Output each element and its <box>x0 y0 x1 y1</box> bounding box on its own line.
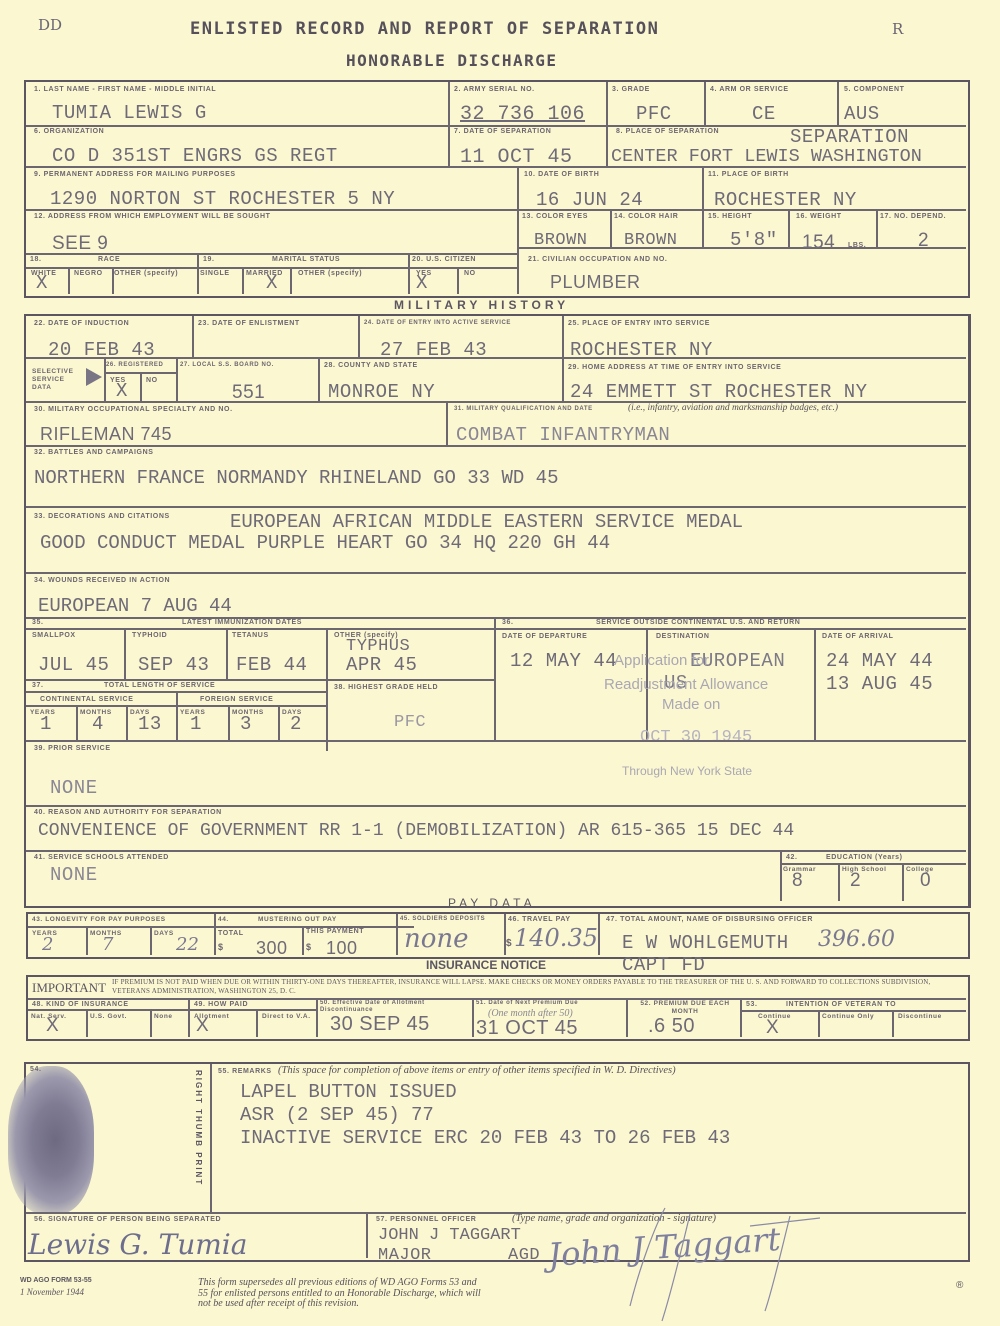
personnel-officer-grade[interactable]: MAJOR <box>378 1246 432 1265</box>
intention-mark: X <box>766 1017 779 1039</box>
citizen-label: 20. U.S. CITIZEN <box>412 256 476 263</box>
battles-label: 32. BATTLES AND CAMPAIGNS <box>34 449 154 456</box>
prior-service-label: 39. PRIOR SERVICE <box>34 745 111 752</box>
decorations-line2[interactable]: GOOD CONDUCT MEDAL PURPLE HEART GO 34 HQ… <box>40 532 610 554</box>
allotment-discontinuance-label: 50. Effective Date of Allotment Disconti… <box>320 1000 470 1014</box>
insurance-usgovt-option[interactable]: U.S. Govt. <box>90 1013 127 1020</box>
footer-corner-mark: ® <box>956 1280 963 1291</box>
insurance-kind-label: 48. KIND OF INSURANCE <box>32 1001 129 1008</box>
active-service-field[interactable]: 27 FEB 43 <box>380 339 487 361</box>
typhoid-field[interactable]: SEP 43 <box>138 654 209 676</box>
cont-days-field[interactable]: 13 <box>138 713 162 735</box>
how-paid-mark: X <box>196 1015 209 1037</box>
county-state-field[interactable]: MONROE NY <box>328 381 435 403</box>
deposits-label: 45. SOLDIERS DEPOSITS <box>400 916 485 922</box>
destination-label: DESTINATION <box>656 633 710 640</box>
education-number: 42. <box>786 854 798 861</box>
race-option-other[interactable]: OTHER (specify) <box>114 270 178 277</box>
marital-option-other[interactable]: OTHER (specify) <box>298 270 362 277</box>
birth-date-label: 10. DATE OF BIRTH <box>524 171 599 178</box>
prior-service-field[interactable]: NONE <box>50 777 98 799</box>
weight-label: 16. WEIGHT <box>796 213 842 220</box>
highschool-field[interactable]: 2 <box>850 870 861 892</box>
qualification-field[interactable]: COMBAT INFANTRYMAN <box>456 424 670 446</box>
race-option-negro[interactable]: NEGRO <box>74 270 103 277</box>
cont-months-field[interactable]: 4 <box>92 713 104 735</box>
birth-place-label: 11. PLACE OF BIRTH <box>708 171 789 178</box>
home-address-label: 29. HOME ADDRESS AT TIME OF ENTRY INTO S… <box>568 364 781 371</box>
marital-mark: X <box>266 272 278 294</box>
hair-color-field[interactable]: BROWN <box>624 231 678 250</box>
important-label: IMPORTANT <box>32 980 106 996</box>
immunization-number: 35. <box>32 619 44 626</box>
separated-signature-label: 56. SIGNATURE OF PERSON BEING SEPARATED <box>34 1216 221 1223</box>
stamp-line-3: Made on <box>662 696 720 713</box>
service-length-number: 37. <box>32 682 44 689</box>
immunization-heading: LATEST IMMUNIZATION DATES <box>182 619 302 626</box>
race-number: 18. <box>30 256 42 263</box>
next-premium-label: 51. Date of Next Premium Due <box>476 1000 578 1006</box>
next-premium-field[interactable]: 31 OCT 45 <box>476 1017 578 1040</box>
supersedes-notice: This form supersedes all previous editio… <box>198 1278 488 1310</box>
personnel-officer-label: 57. PERSONNEL OFFICER <box>376 1216 476 1223</box>
citizen-mark: X <box>416 272 428 294</box>
separation-date-label: 7. DATE OF SEPARATION <box>454 128 551 135</box>
mos-field[interactable]: RIFLEMAN 745 <box>40 424 172 445</box>
stamp-line-4: Through New York State <box>622 764 752 778</box>
travel-pay-label: 46. TRAVEL PAY <box>508 916 571 923</box>
component-label: 5. COMPONENT <box>844 86 904 93</box>
serial-field[interactable]: 32 736 106 <box>460 103 585 126</box>
highschool-label: High School <box>842 866 887 873</box>
travel-pay-field[interactable]: 140.35 <box>514 924 598 952</box>
decorations-label: 33. DECORATIONS AND CITATIONS <box>34 513 170 520</box>
overseas-heading: SERVICE OUTSIDE CONTINENTAL U.S. AND RET… <box>596 619 800 626</box>
form-code: DD <box>38 16 62 34</box>
mustering-label: MUSTERING OUT PAY <box>258 916 337 923</box>
weight-field[interactable]: 154 <box>802 232 835 254</box>
smallpox-label: SMALLPOX <box>32 632 76 639</box>
arrow-right-icon <box>86 368 102 386</box>
separation-place-line2[interactable]: CENTER FORT LEWIS WASHINGTON <box>611 146 922 167</box>
name-field[interactable]: TUMIA LEWIS G <box>52 102 207 124</box>
occupation-label: 21. CIVILIAN OCCUPATION AND NO. <box>528 256 667 263</box>
foreign-months-field[interactable]: 3 <box>240 713 252 735</box>
stamp-date: OCT 30 1945 <box>640 728 752 747</box>
insurance-heading: INSURANCE NOTICE <box>426 958 546 972</box>
wounds-label: 34. WOUNDS RECEIVED IN ACTION <box>34 577 170 584</box>
board-number-field[interactable]: 551 <box>232 382 265 404</box>
education-label: EDUCATION (Years) <box>826 854 903 861</box>
longevity-label: 43. LONGEVITY FOR PAY PURPOSES <box>32 916 166 923</box>
form-date: 1 November 1944 <box>20 1287 84 1297</box>
employment-address-label: 12. ADDRESS FROM WHICH EMPLOYMENT WILL B… <box>34 213 270 220</box>
thumb-number: 54. <box>30 1066 42 1073</box>
entry-place-label: 25. PLACE OF ENTRY INTO SERVICE <box>568 320 710 327</box>
mustering-number: 44. <box>218 916 229 923</box>
this-payment-label: THIS PAYMENT <box>306 928 364 935</box>
direct-va-option[interactable]: Direct to V.A. <box>262 1013 312 1020</box>
college-field[interactable]: 0 <box>920 870 931 892</box>
longevity-days-label: DAYS <box>154 930 174 937</box>
overseas-number: 36. <box>502 619 514 626</box>
induction-date-label: 22. DATE OF INDUCTION <box>34 320 129 327</box>
military-history-heading: MILITARY HISTORY <box>394 298 569 312</box>
deposits-field[interactable]: none <box>404 924 469 954</box>
remarks-line-2[interactable]: ASR (2 SEP 45) 77 <box>240 1104 434 1126</box>
qualification-hint: (i.e., infantry, aviation and marksmansh… <box>628 403 838 414</box>
pay-data-heading: PAY DATA <box>448 896 536 910</box>
wounds-field[interactable]: EUROPEAN 7 AUG 44 <box>38 595 232 617</box>
foreign-days-field[interactable]: 2 <box>290 713 302 735</box>
disbursing-officer-field[interactable]: E W WOHLGEMUTH <box>622 932 789 954</box>
schools-field[interactable]: NONE <box>50 864 98 886</box>
citizen-option-no[interactable]: NO <box>464 270 476 277</box>
form-number: WD AGO FORM 53-55 <box>20 1277 92 1284</box>
remarks-line-1[interactable]: LAPEL BUTTON ISSUED <box>240 1081 457 1103</box>
tetanus-field[interactable]: FEB 44 <box>236 654 307 676</box>
intention-number: 53. <box>746 1001 758 1008</box>
discontinue-option[interactable]: Discontinue <box>898 1013 942 1020</box>
dependents-label: 17. NO. DEPEND. <box>880 213 946 220</box>
intention-label: INTENTION OF VETERAN TO <box>786 1001 896 1008</box>
marital-label: MARITAL STATUS <box>272 256 340 263</box>
separated-signature[interactable]: Lewis G. Tumia <box>28 1228 247 1261</box>
decorations-line1[interactable]: EUROPEAN AFRICAN MIDDLE EASTERN SERVICE … <box>230 511 743 533</box>
stamp-line-1: Application for <box>614 652 709 669</box>
marital-option-single[interactable]: SINGLE <box>200 270 230 277</box>
marital-number: 19. <box>203 256 215 263</box>
mustering-total-label: TOTAL <box>218 930 244 937</box>
other-immunization-field[interactable]: APR 45 <box>346 654 417 676</box>
currency-symbol-payment: $ <box>306 942 312 952</box>
arrival-field-1[interactable]: 24 MAY 44 <box>826 650 933 672</box>
hair-color-label: 14. COLOR HAIR <box>614 213 678 220</box>
corner-mark: R <box>892 20 903 38</box>
separation-date-field[interactable]: 11 OCT 45 <box>460 146 573 169</box>
grammar-field[interactable]: 8 <box>792 870 803 892</box>
separation-reason-label: 40. REASON AND AUTHORITY FOR SEPARATION <box>34 809 222 816</box>
race-mark: X <box>36 272 48 294</box>
grade-label: 3. GRADE <box>612 86 650 93</box>
occupation-field[interactable]: PLUMBER <box>550 272 641 293</box>
arm-service-label: 4. ARM OR SERVICE <box>710 86 789 93</box>
employment-address-field[interactable]: SEE 9 <box>52 233 108 255</box>
permanent-address-field[interactable]: 1290 NORTON ST ROCHESTER 5 NY <box>50 188 395 210</box>
entry-place-field[interactable]: ROCHESTER NY <box>570 339 713 361</box>
insurance-kind-mark: X <box>46 1015 59 1037</box>
birth-place-field[interactable]: ROCHESTER NY <box>714 189 857 211</box>
premium-due-field[interactable]: .6 50 <box>648 1015 695 1038</box>
how-paid-label: 49. HOW PAID <box>194 1001 248 1008</box>
organization-field[interactable]: CO D 351ST ENGRS GS REGT <box>52 145 338 167</box>
remarks-hint: (This space for completion of above item… <box>278 1065 676 1076</box>
typhoid-label: TYPHOID <box>132 632 167 639</box>
remarks-line-3[interactable]: INACTIVE SERVICE ERC 20 FEB 43 TO 26 FEB… <box>240 1127 730 1149</box>
battles-field[interactable]: NORTHERN FRANCE NORMANDY RHINELAND GO 33… <box>34 467 559 489</box>
form-subtitle: HONORABLE DISCHARGE <box>346 51 558 70</box>
highest-grade-field[interactable]: PFC <box>394 713 426 732</box>
permanent-address-label: 9. PERMANENT ADDRESS FOR MAILING PURPOSE… <box>34 171 236 178</box>
weight-unit: LBS. <box>848 242 866 249</box>
enlistment-date-label: 23. DATE OF ENLISTMENT <box>198 320 300 327</box>
longevity-years-field[interactable]: 2 <box>42 934 53 955</box>
separation-place-label: 8. PLACE OF SEPARATION <box>616 128 719 135</box>
registered-mark: X <box>116 380 128 402</box>
county-state-label: 28. COUNTY AND STATE <box>324 362 418 369</box>
separation-reason-field[interactable]: CONVENIENCE OF GOVERNMENT RR 1-1 (DEMOBI… <box>38 821 794 841</box>
thumb-print <box>8 1066 94 1214</box>
departure-label: DATE OF DEPARTURE <box>502 633 587 640</box>
thumb-print-label: RIGHT THUMB PRINT <box>194 1070 203 1186</box>
component-field[interactable]: AUS <box>844 103 880 125</box>
continental-service-label: CONTINENTAL SERVICE <box>40 696 133 703</box>
home-address-field[interactable]: 24 EMMETT ST ROCHESTER NY <box>570 381 868 403</box>
signature-flourish <box>490 1196 850 1326</box>
smallpox-field[interactable]: JUL 45 <box>38 654 109 676</box>
highest-grade-label: 38. HIGHEST GRADE HELD <box>334 684 438 691</box>
total-amount-field[interactable]: 396.60 <box>818 927 895 952</box>
qualification-label: 31. MILITARY QUALIFICATION AND DATE <box>454 406 593 412</box>
allotment-discontinuance-field[interactable]: 30 SEP 45 <box>330 1013 430 1036</box>
service-length-heading: TOTAL LENGTH OF SERVICE <box>104 682 215 689</box>
important-notice: IF PREMIUM IS NOT PAID WHEN DUE OR WITHI… <box>112 978 958 996</box>
currency-symbol-total: $ <box>218 942 224 952</box>
selective-service-label: SELECTIVE SERVICE DATA <box>32 368 82 392</box>
last-name-label: 1. LAST NAME - FIRST NAME - MIDDLE INITI… <box>34 86 216 93</box>
departure-field-1[interactable]: 12 MAY 44 <box>510 650 617 672</box>
registered-option-no[interactable]: NO <box>146 377 158 384</box>
arrival-label: DATE OF ARRIVAL <box>822 633 893 640</box>
mos-label: 30. MILITARY OCCUPATIONAL SPECIALTY AND … <box>34 406 233 413</box>
dependents-field[interactable]: 2 <box>918 230 929 252</box>
eye-color-label: 13. COLOR EYES <box>522 213 588 220</box>
grade-field[interactable]: PFC <box>636 103 672 125</box>
organization-label: 6. ORGANIZATION <box>34 128 104 135</box>
premium-due-label: 52. PREMIUM DUE EACH MONTH <box>630 1000 740 1016</box>
height-field[interactable]: 5'8" <box>730 229 778 251</box>
serial-label: 2. ARMY SERIAL NO. <box>454 86 535 93</box>
total-amount-label: 47. TOTAL AMOUNT, NAME OF DISBURSING OFF… <box>606 916 813 923</box>
longevity-months-field[interactable]: 7 <box>102 934 113 955</box>
tetanus-label: TETANUS <box>232 632 269 639</box>
separation-place-line1[interactable]: SEPARATION <box>790 126 909 148</box>
arrival-field-2[interactable]: 13 AUG 45 <box>826 673 933 695</box>
mustering-total-field[interactable]: 300 <box>256 938 288 959</box>
height-label: 15. HEIGHT <box>708 213 752 220</box>
form-title: ENLISTED RECORD AND REPORT OF SEPARATION <box>190 19 659 39</box>
registered-label: 26. REGISTERED <box>106 362 163 368</box>
disbursing-officer-grade[interactable]: CAPT FD <box>622 954 705 976</box>
active-service-label: 24. DATE OF ENTRY INTO ACTIVE SERVICE <box>364 320 511 326</box>
foreign-service-label: FOREIGN SERVICE <box>200 696 273 703</box>
foreign-years-field[interactable]: 1 <box>190 713 202 735</box>
remarks-label: 55. REMARKS <box>218 1068 272 1075</box>
longevity-days-field[interactable]: 22 <box>176 934 199 955</box>
race-label: RACE <box>98 256 120 263</box>
induction-date-field[interactable]: 20 FEB 43 <box>48 339 155 361</box>
this-payment-field[interactable]: 100 <box>326 938 358 959</box>
stamp-line-2: Readjustment Allowance <box>604 676 768 693</box>
schools-label: 41. SERVICE SCHOOLS ATTENDED <box>34 854 169 861</box>
birth-date-field[interactable]: 16 JUN 24 <box>536 189 643 211</box>
continue-only-option[interactable]: Continue Only <box>822 1013 874 1020</box>
currency-symbol-travel: $ <box>506 938 512 949</box>
insurance-none-option[interactable]: None <box>154 1013 173 1020</box>
arm-service-field[interactable]: CE <box>752 103 776 125</box>
board-number-label: 27. LOCAL S.S. BOARD NO. <box>180 362 274 368</box>
eye-color-field[interactable]: BROWN <box>534 231 588 250</box>
cont-years-field[interactable]: 1 <box>40 713 52 735</box>
